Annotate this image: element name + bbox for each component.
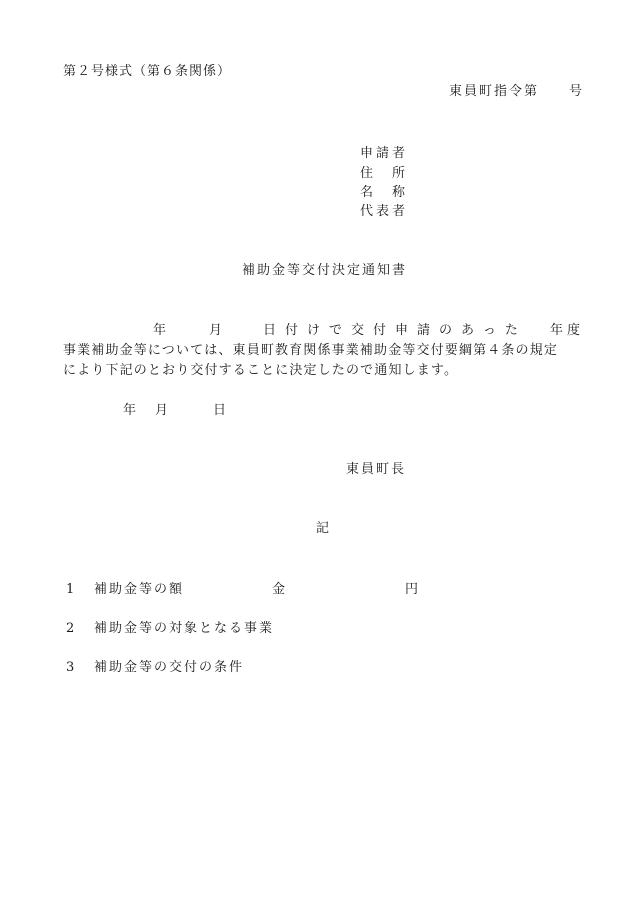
address-label-char-2: 所 bbox=[392, 166, 408, 181]
body-line-3: により下記のとおり交付することに決定したので通知します。 bbox=[63, 363, 458, 379]
reference-number-suffix: 号 bbox=[569, 84, 582, 100]
list-item: 1 補助金等の額 金 円 bbox=[66, 582, 466, 598]
representative-label: 代表者 bbox=[360, 204, 408, 220]
amount-suffix: 円 bbox=[405, 582, 418, 598]
document-title: 補助金等交付決定通知書 bbox=[242, 263, 407, 279]
notice-date: 年 月 日 bbox=[63, 403, 263, 419]
body-line-1: 年 月 日付けで交付申請のあった 年度 bbox=[63, 323, 583, 339]
body-fiscal-year-label: 年度 bbox=[550, 323, 584, 339]
notes-heading: 記 bbox=[316, 521, 329, 537]
item-label: 補助金等の交付の条件 bbox=[94, 660, 244, 676]
item-number: 1 bbox=[66, 582, 74, 598]
address-label-char-1: 住 bbox=[360, 166, 376, 181]
body-month-label: 月 bbox=[209, 323, 222, 339]
name-label-char-1: 名 bbox=[360, 185, 376, 200]
issuer-name: 東員町長 bbox=[346, 462, 406, 478]
reference-number-label: 東員町指令第 bbox=[449, 84, 539, 100]
item-label: 補助金等の対象となる事業 bbox=[94, 621, 274, 637]
date-year-label: 年 bbox=[123, 403, 136, 419]
name-label: 名称 bbox=[360, 185, 408, 201]
item-label: 補助金等の額 bbox=[94, 582, 184, 598]
body-day-phrase: 日付けで交付申請のあった bbox=[263, 323, 527, 339]
name-label-char-2: 称 bbox=[392, 185, 408, 200]
applicant-label: 申請者 bbox=[360, 146, 408, 162]
amount-prefix: 金 bbox=[272, 582, 285, 598]
form-number: 第２号様式（第６条関係） bbox=[63, 64, 231, 80]
list-item: 2 補助金等の対象となる事業 bbox=[66, 621, 466, 637]
list-item: 3 補助金等の交付の条件 bbox=[66, 660, 466, 676]
item-number: 3 bbox=[66, 660, 74, 676]
date-day-label: 日 bbox=[213, 403, 226, 419]
item-number: 2 bbox=[66, 621, 74, 637]
address-label: 住所 bbox=[360, 166, 408, 182]
date-month-label: 月 bbox=[155, 403, 168, 419]
body-year-label: 年 bbox=[153, 323, 166, 339]
body-line-2: 事業補助金等については、東員町教育関係事業補助金等交付要綱第４条の規定 bbox=[63, 343, 558, 359]
